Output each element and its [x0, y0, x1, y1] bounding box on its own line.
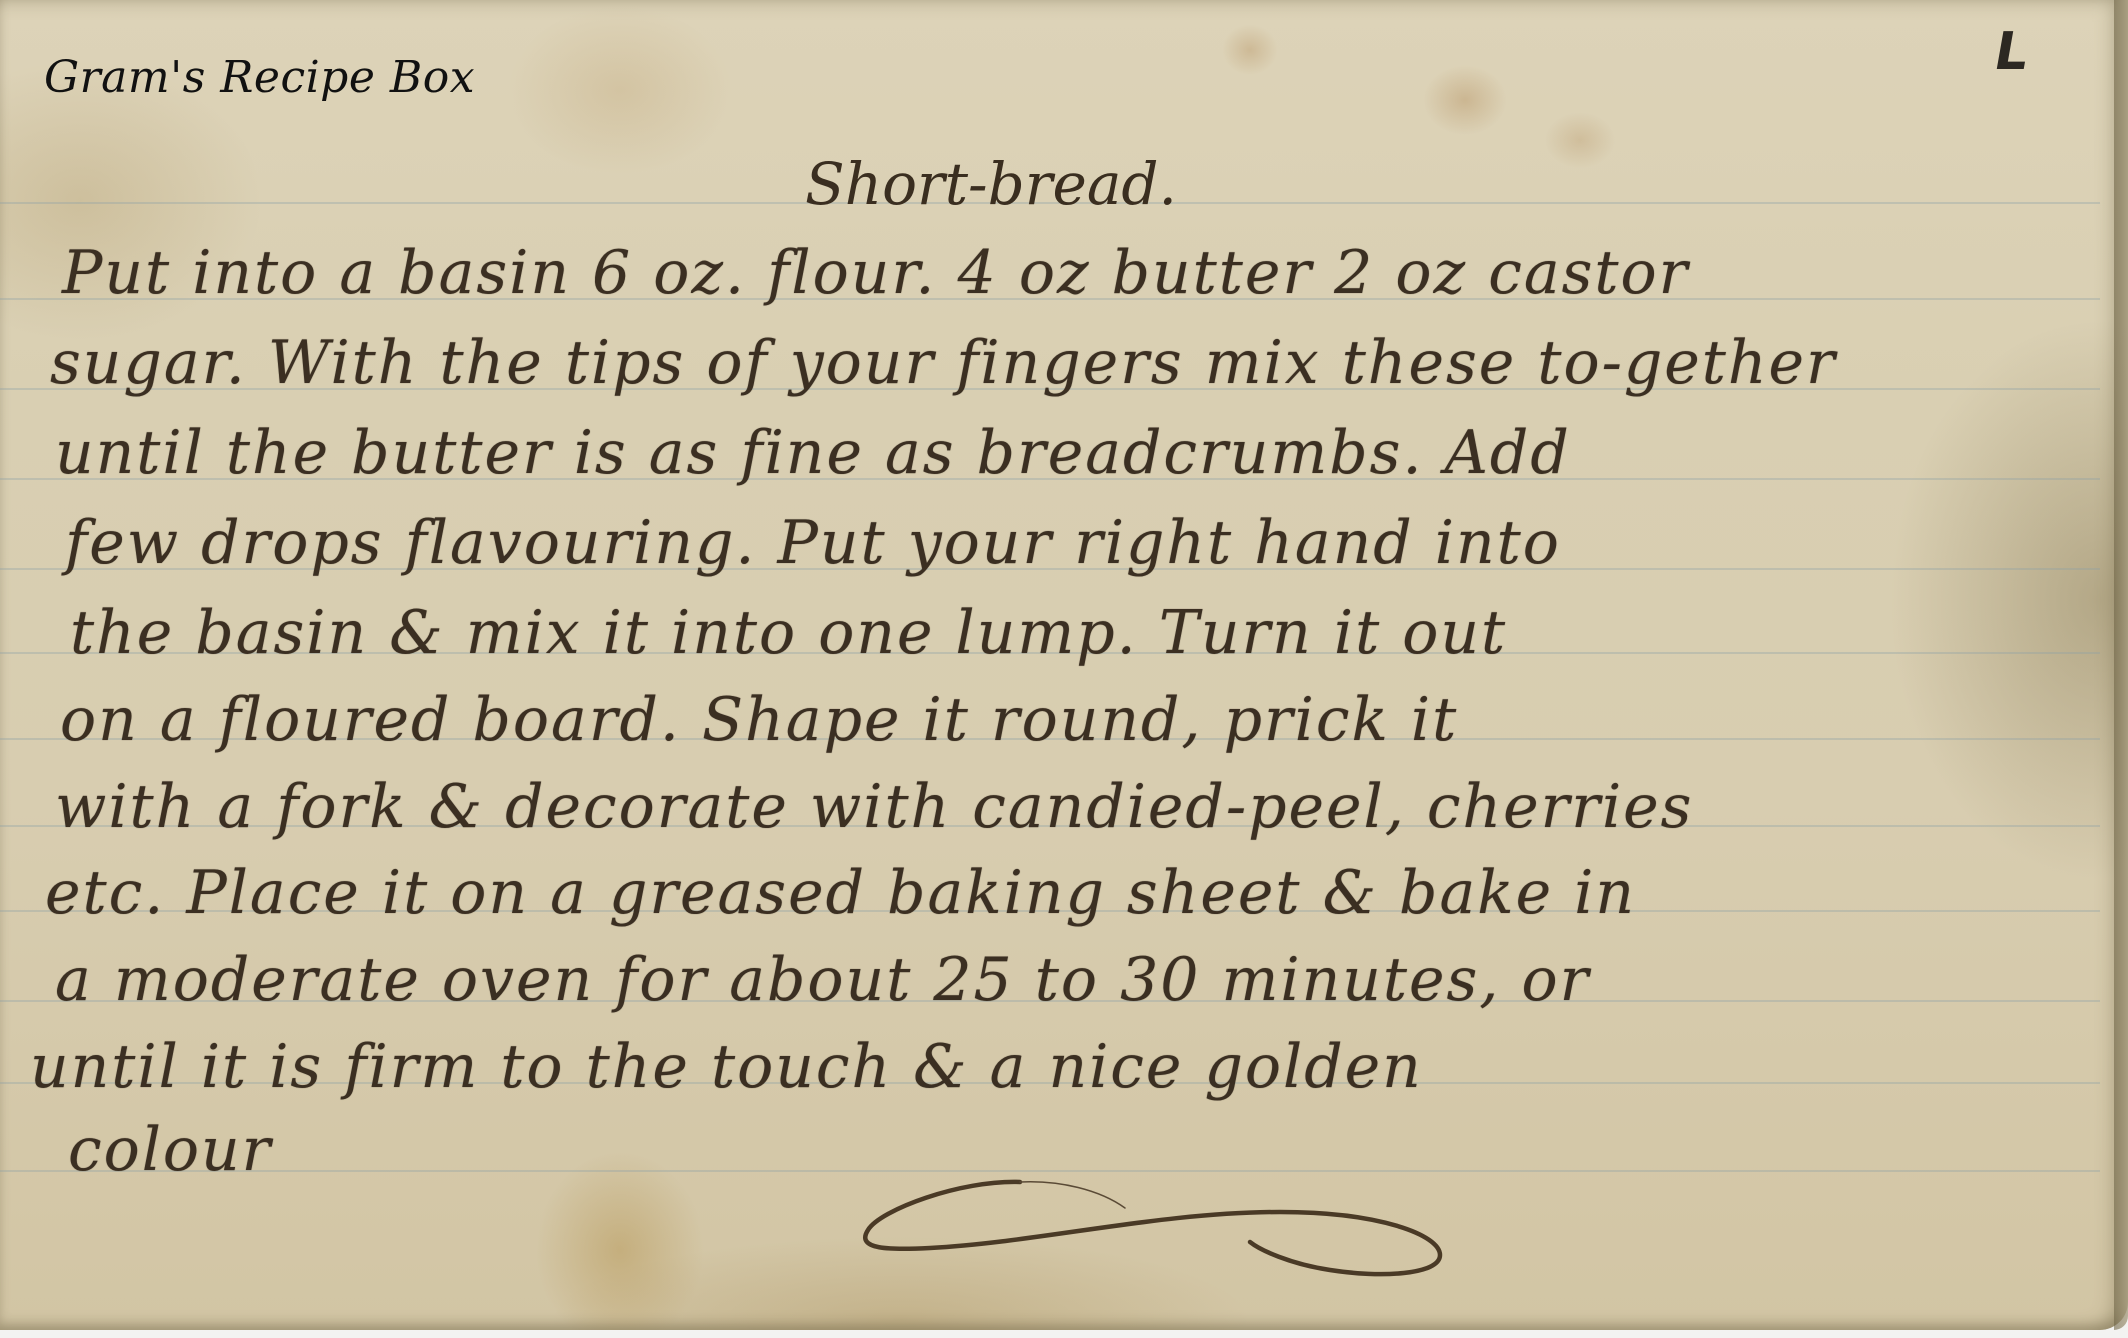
recipe-line: Put into a basin 6 oz. flour. 4 oz butte…: [62, 238, 1689, 308]
recipe-line: on a floured board. Shape it round, pric…: [60, 685, 1458, 755]
card-edge: [2114, 0, 2128, 1330]
recipe-line: until the butter is as fine as breadcrum…: [55, 418, 1571, 488]
end-of-recipe-flourish-icon: [860, 1170, 1450, 1300]
recipe-line: sugar. With the tips of your fingers mix…: [50, 328, 1837, 398]
recipe-line: few drops flavouring. Put your right han…: [65, 508, 1561, 578]
recipe-title: Short-bread.: [805, 150, 1177, 218]
recipe-line: the basin & mix it into one lump. Turn i…: [70, 598, 1507, 668]
page-mark: L: [1990, 22, 2034, 82]
recipe-line: colour: [68, 1115, 272, 1185]
brand-title: Gram's Recipe Box: [44, 52, 475, 103]
recipe-line: with a fork & decorate with candied-peel…: [55, 772, 1693, 842]
recipe-line: etc. Place it on a greased baking sheet …: [45, 858, 1636, 928]
recipe-card: Gram's Recipe Box L Short-bread. Put int…: [0, 0, 2128, 1330]
recipe-line: a moderate oven for about 25 to 30 minut…: [55, 945, 1590, 1015]
recipe-line: until it is firm to the touch & a nice g…: [30, 1032, 1423, 1102]
